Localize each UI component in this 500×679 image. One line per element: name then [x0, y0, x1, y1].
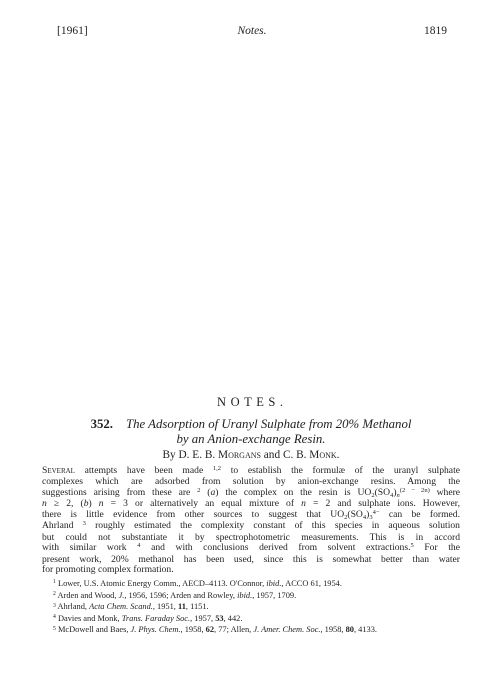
text-segment: 3 [83, 520, 86, 527]
text-line: 4 Davies and Monk, Trans. Faraday Soc., … [53, 614, 463, 626]
text-segment: 5 [53, 626, 56, 632]
text-segment: with similar work [42, 542, 137, 553]
text-segment: (SO [375, 487, 390, 498]
text-segment: 4 [363, 514, 366, 521]
text-segment: For the [414, 542, 460, 553]
text-segment: Ahrland, [56, 602, 89, 611]
text-segment: ) the complex on the resin is UO [215, 487, 371, 498]
text-segment: McDowell and Baes, [56, 625, 131, 634]
text-segment: 4 [137, 542, 140, 549]
text-segment: Acta Chem. Scand. [89, 602, 153, 611]
text-segment: 62 [206, 625, 214, 634]
text-segment: 4 [390, 492, 393, 499]
text-segment: ibid. [266, 579, 281, 588]
text-segment: 4 [53, 614, 56, 620]
text-segment: ( [200, 487, 210, 498]
text-segment: (SO [347, 509, 362, 520]
text-segment: , 1151. [186, 602, 209, 611]
text-segment: 2 [197, 487, 200, 494]
text-segment: and with conclusions derived from solven… [140, 542, 410, 553]
article-title-text-1: The Adsorption of Uranyl Sulphate from 2… [126, 417, 411, 431]
text-line: for promoting complex formation. [42, 565, 460, 575]
text-segment: 5 [410, 542, 413, 549]
text-line: 2 Arden and Wood, J., 1956, 1596; Arden … [53, 591, 463, 603]
text-segment: , 1951, [153, 602, 178, 611]
text-segment: and [261, 449, 283, 461]
text-segment: for promoting complex formation. [42, 564, 174, 575]
text-segment: 2 [371, 492, 374, 499]
running-title: Notes. [57, 25, 447, 37]
article-title-line-1: 352.The Adsorption of Uranyl Sulphate fr… [42, 417, 460, 432]
text-segment: but could not substantiate it by spectro… [42, 532, 460, 543]
text-line: 1 Lower, U.S. Atomic Energy Comm., AECD–… [53, 579, 463, 591]
text-line: 3 Ahrland, Acta Chem. Scand., 1951, 11, … [53, 602, 463, 614]
article-number: 352. [91, 417, 113, 431]
text-segment: Arden and Wood, [56, 591, 119, 600]
text-segment: = 2 and sulphate ions. However, [306, 498, 460, 509]
article-title: 352.The Adsorption of Uranyl Sulphate fr… [42, 417, 460, 447]
text-segment: , 1958, [320, 625, 345, 634]
text-segment: Davies and Monk, [56, 614, 122, 623]
running-header: [1961] Notes. 1819 [57, 25, 447, 39]
text-segment: 53 [215, 614, 223, 623]
text-segment: , 1957, 1709. [252, 591, 296, 600]
section-heading: NOTES. [0, 395, 500, 410]
text-segment: 3 [53, 603, 56, 609]
text-segment: , 1958, [181, 625, 206, 634]
text-segment: roughly estimated the complexity constan… [86, 520, 460, 531]
text-line: 5 McDowell and Baes, J. Phys. Chem., 195… [53, 625, 463, 637]
byline: By D. E. B. Morgans and C. B. Monk. [42, 449, 460, 461]
text-segment: = 3 or alternatively an equal mixture of [104, 498, 302, 509]
text-segment: attempts have been made [75, 465, 213, 476]
article-title-text-2: by an Anion-exchange Resin. [42, 432, 460, 447]
text-segment: Trans. Faraday Soc. [122, 614, 190, 623]
text-segment: 4− [373, 509, 380, 516]
text-segment: can be formed. [380, 509, 460, 520]
article-body: Several attempts have been made 1,2 to e… [42, 466, 460, 576]
text-segment: complexes which are adsorbed from soluti… [42, 476, 460, 487]
text-segment: suggestions arising from these are [42, 487, 197, 498]
text-segment: C. B. Monk. [283, 449, 340, 461]
text-segment: J. Amer. Chem. Soc. [253, 625, 320, 634]
text-segment: , 4133. [354, 625, 377, 634]
text-segment: , 1956, 1596; Arden and Rowley, [124, 591, 237, 600]
text-segment: D. E. B. Morgans [178, 449, 260, 461]
text-segment: ibid. [237, 591, 252, 600]
footnotes: 1 Lower, U.S. Atomic Energy Comm., AECD–… [53, 579, 463, 637]
journal-page: [1961] Notes. 1819 NOTES. 352.The Adsorp… [0, 0, 500, 679]
text-segment: 1 [53, 579, 56, 585]
text-segment: Ahrland [42, 520, 83, 531]
text-segment: where [430, 487, 460, 498]
text-segment: Lower, U.S. Atomic Energy Comm., AECD–41… [56, 579, 266, 588]
text-segment: to establish the formulæ of the uranyl s… [221, 465, 460, 476]
page-number: 1819 [424, 25, 447, 37]
text-segment: ) [89, 498, 99, 509]
text-segment: there is little evidence from other sour… [42, 509, 344, 520]
text-segment: ≥ 2, ( [47, 498, 84, 509]
text-segment: 80 [346, 625, 354, 634]
text-segment: 11 [178, 602, 186, 611]
text-segment: 1,2 [213, 465, 221, 472]
text-segment: 2 [53, 591, 56, 597]
text-segment: J. Phys. Chem. [131, 625, 181, 634]
text-segment: Several [42, 465, 75, 476]
text-segment: present work, 20% methanol has been used… [42, 554, 460, 565]
text-segment: , 1957, [190, 614, 215, 623]
text-segment: , 442. [224, 614, 243, 623]
text-segment: 2 [344, 514, 347, 521]
text-segment: By [162, 449, 178, 461]
text-segment: , 77; Allen, [214, 625, 253, 634]
text-segment: (2 − 2n) [400, 487, 430, 494]
text-segment: , ACCO 61, 1954. [281, 579, 342, 588]
